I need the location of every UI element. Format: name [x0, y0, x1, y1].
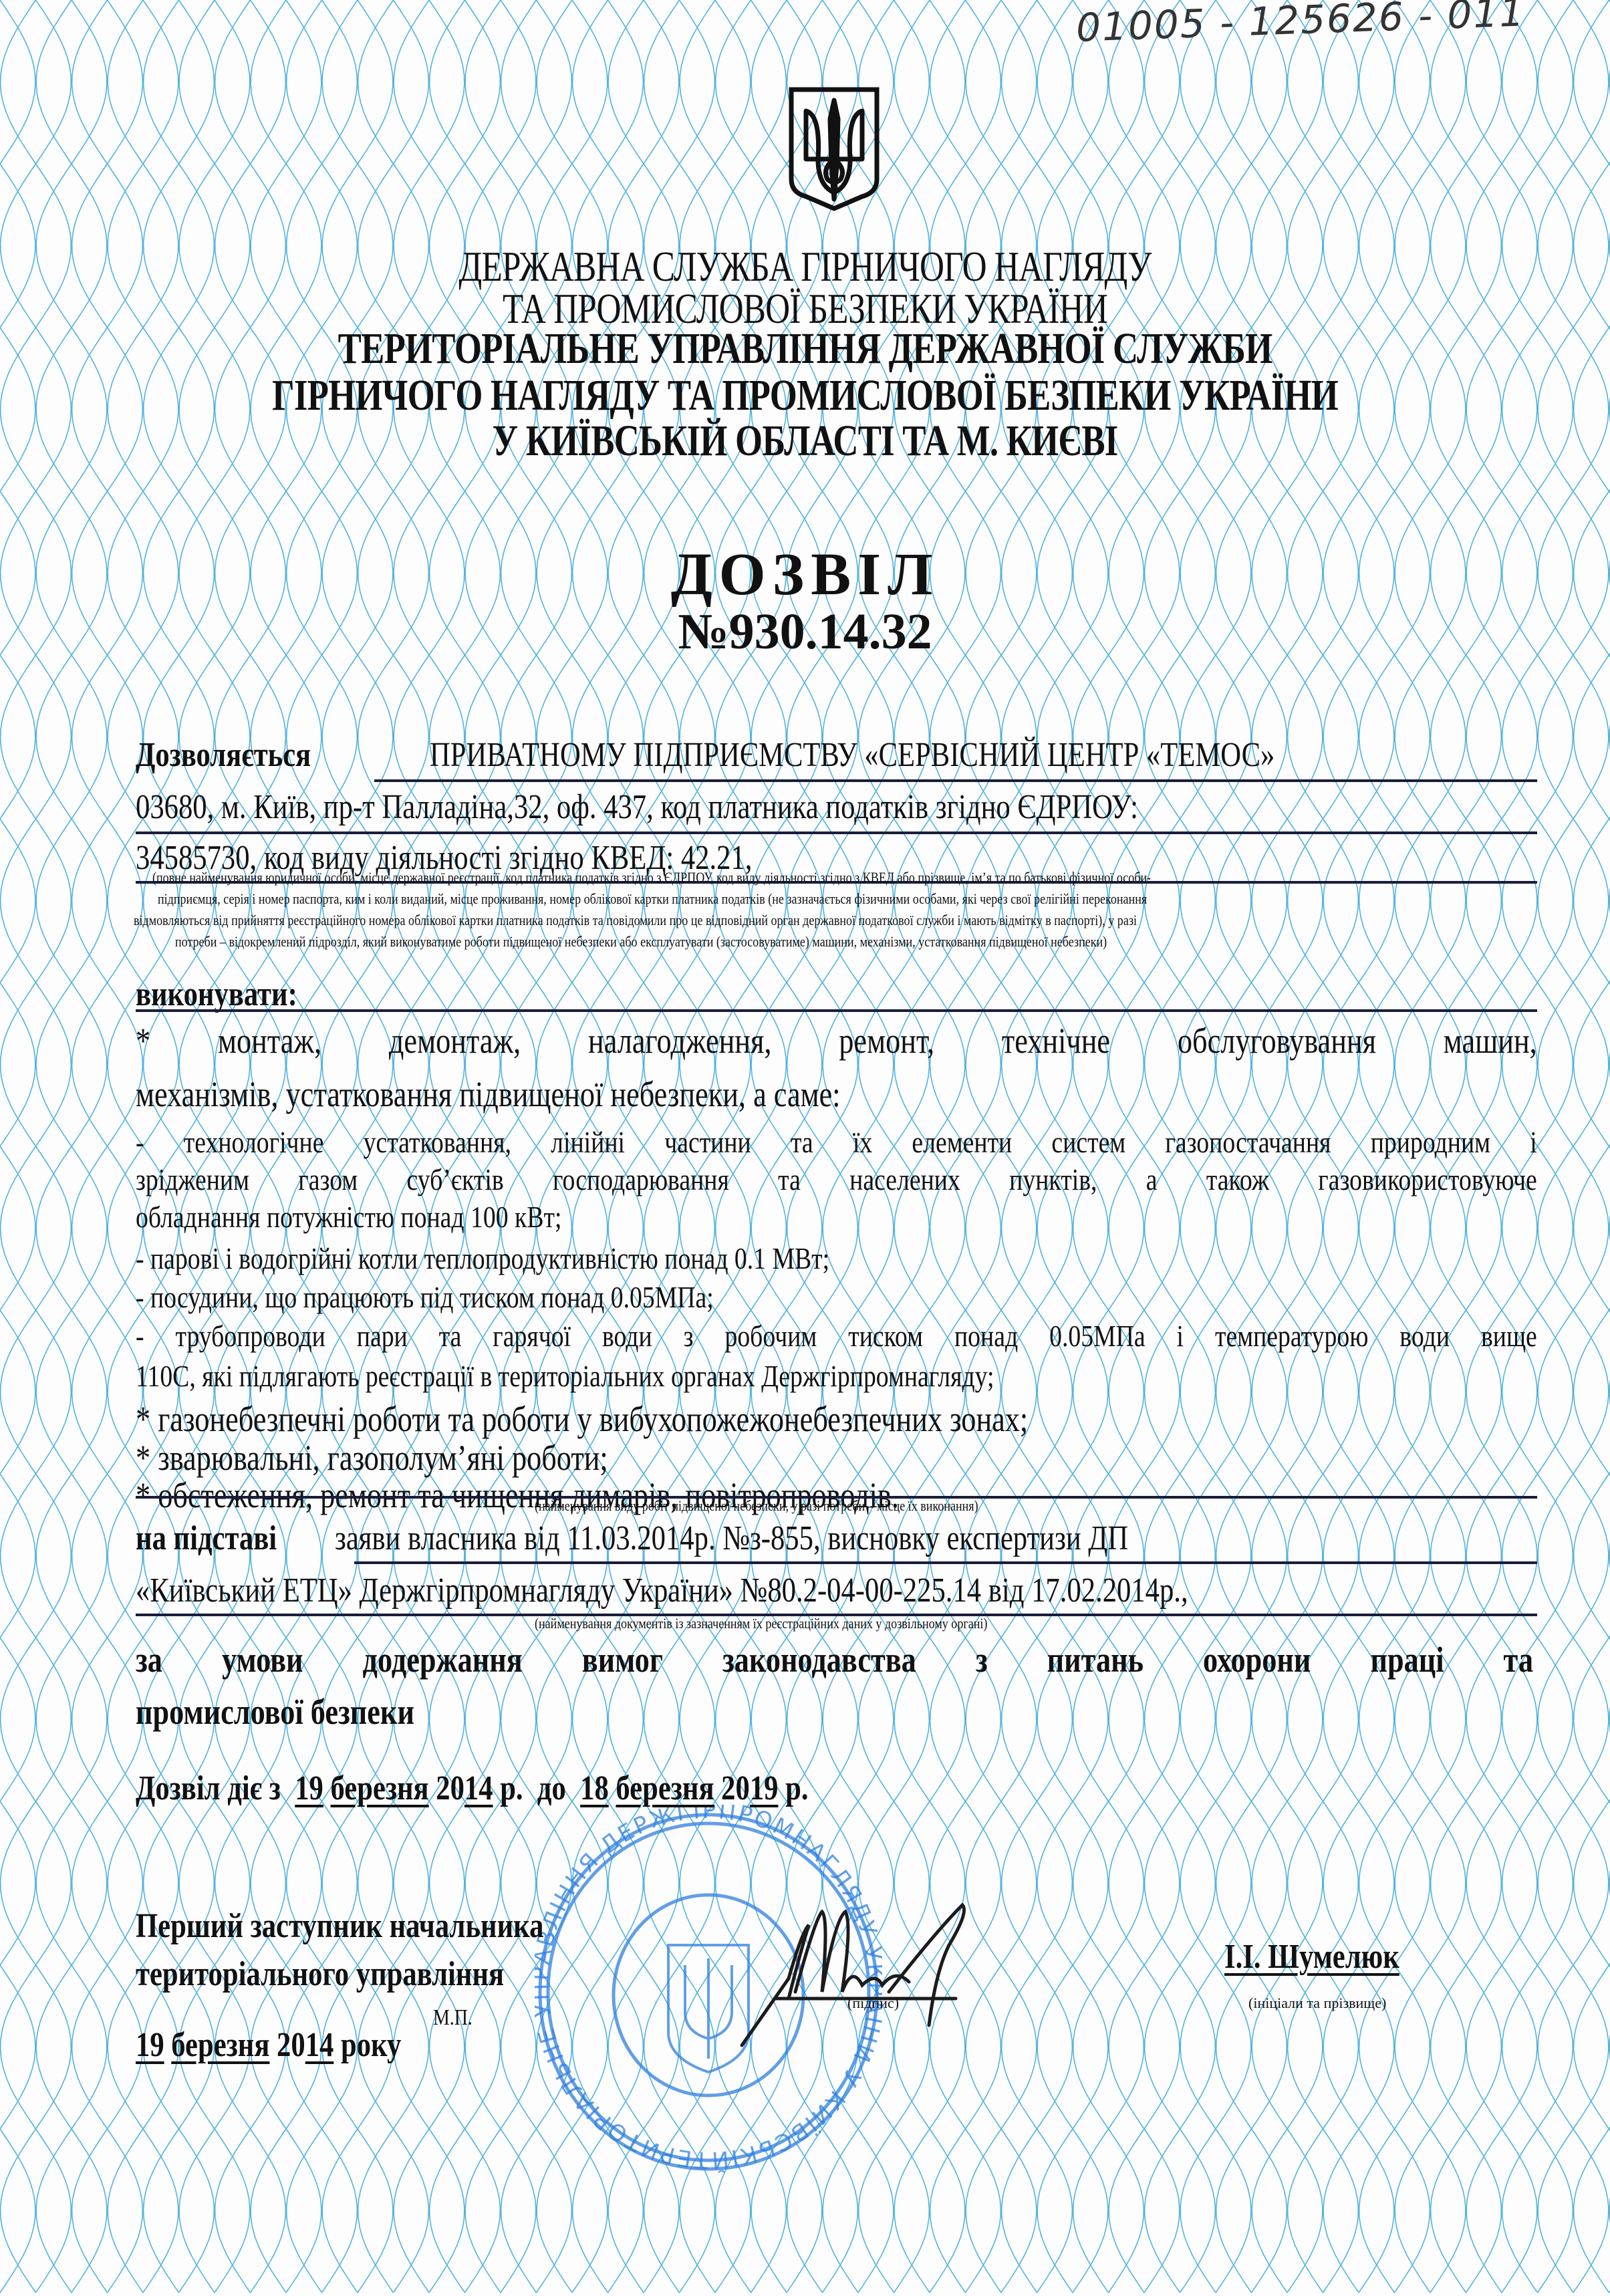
works-caption: (найменування виду робіт підвищеної небе…: [535, 1497, 978, 1515]
authority-name-line2: ГІРНИЧОГО НАГЛЯДУ ТА ПРОМИСЛОВОЇ БЕЗПЕКИ…: [161, 370, 1449, 421]
issue-date: 19 березня 2014 року: [136, 2025, 1537, 2065]
grantee-caption-3: відмовляються від прийняття реєстраційно…: [134, 912, 1137, 929]
grantee-caption-1: (повне найменування юридичної особи, міс…: [152, 869, 1151, 886]
authority-name-line1: ТЕРИТОРІАЛЬНЕ УПРАВЛІННЯ ДЕРЖАВНОЇ СЛУЖБ…: [161, 324, 1449, 374]
signatory-name: І.І. Шумелюк: [1224, 1937, 1438, 1976]
works-item: обладнання потужністю понад 100 кВт;: [136, 1199, 1537, 1235]
works-item: 110С, які підлягають реєстрації в терито…: [136, 1358, 1537, 1394]
valid-to-day: 18: [580, 1769, 609, 1807]
condition-line2: промислової безпеки: [136, 1691, 1537, 1733]
works-item: - посудини, що працюють під тиском понад…: [136, 1279, 1537, 1315]
validity-period: Дозвіл діє з 19 березня 2014 р. до 18 бе…: [136, 1769, 1537, 1808]
grantee-name: ПРИВАТНОМУ ПІДПРИЄМСТВУ «СЕРВІСНИЙ ЦЕНТР…: [430, 735, 1274, 775]
grantee-underline: [374, 779, 1537, 782]
basis-row: на підставі заяви власника від 11.03.201…: [136, 1519, 1537, 1558]
signature-caption: (підпис): [847, 1995, 899, 2012]
authority-name-line3: У КИЇВСЬКІЙ ОБЛАСТІ ТА М. КИЄВІ: [161, 416, 1449, 467]
works-item: * газонебезпечні роботи та роботи у вибу…: [136, 1398, 1537, 1440]
permit-number: №930.14.32: [0, 603, 1610, 661]
name-caption: (ініціали та прізвище): [1248, 1995, 1386, 2012]
works-label: виконувати:: [136, 975, 1537, 1014]
works-item: механізмів, устатковання підвищеної небе…: [136, 1073, 1537, 1115]
works-label-underline: [136, 1009, 1537, 1012]
grantee-label: Дозволяється: [136, 735, 311, 775]
works-item: * монтаж, демонтаж, налагодження, ремонт…: [136, 1020, 1537, 1061]
grantee-row: Дозволяється ПРИВАТНОМУ ПІДПРИЄМСТВУ «СЕ…: [136, 735, 1537, 775]
grantee-caption-2: підприємця, серія і номер паспорта, ким …: [158, 890, 1147, 908]
grantee-caption-4: потреби – відокремлений підрозділ, який …: [175, 933, 1107, 950]
works-item: зрідженим газом суб’єктів господарювання…: [136, 1162, 1537, 1197]
trident-coat-of-arms-icon: [787, 86, 881, 213]
condition-line1: за умови додержання вимог законодавства …: [136, 1639, 1537, 1680]
basis-line2: «Київський ЕТЦ» Держгірпромнагляду Украї…: [136, 1571, 1537, 1610]
basis-label: на підставі: [136, 1519, 277, 1558]
works-item: - парові і водогрійні котли теплопродукт…: [136, 1241, 1537, 1276]
works-item: * зварювальні, газополум’яні роботи;: [136, 1437, 1537, 1479]
handwritten-registration-number: 01005 - 125626 - 011: [1075, 0, 1526, 51]
grantee-address: 03680, м. Київ, пр-т Палладіна,32, оф. 4…: [136, 787, 1537, 827]
valid-from-month: березня: [331, 1769, 429, 1807]
permit-document: 01005 - 125626 - 011 ДЕРЖАВНА СЛУЖБА ГІР…: [0, 0, 1610, 2296]
works-item: - трубопроводи пари та гарячої води з ро…: [136, 1318, 1537, 1354]
valid-from-day: 19: [295, 1769, 323, 1807]
basis-line1: заяви власника від 11.03.2014р. №з-855, …: [335, 1519, 1128, 1558]
valid-to-month: березня: [616, 1769, 714, 1807]
basis-caption: (найменування документів із зазначенням …: [535, 1615, 987, 1632]
document-title: ДОЗВІЛ: [0, 540, 1610, 609]
address-underline: [136, 832, 1537, 834]
basis-underline-1: [354, 1561, 1537, 1564]
works-item: - технологічне устатковання, лінійні час…: [136, 1124, 1537, 1160]
